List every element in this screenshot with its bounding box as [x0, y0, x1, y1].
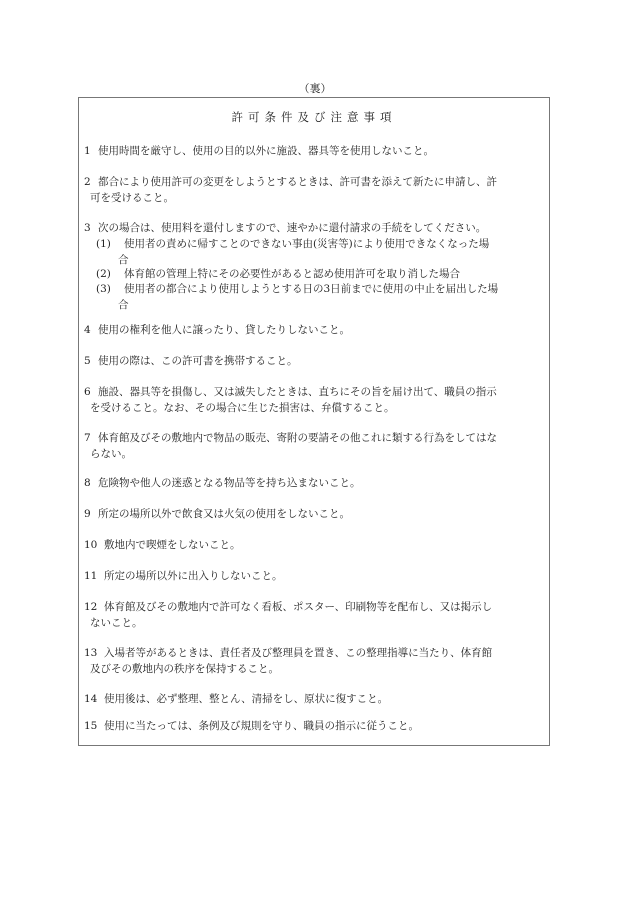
condition-item-2: 2都合により使用許可の変更をしようとするときは、許可書を添えて新たに申請し、許可…: [84, 175, 546, 206]
condition-item-4: 4使用の権利を他人に譲ったり、貸したりしないこと。: [84, 323, 546, 339]
condition-item-7: 7体育館及びその敷地内で物品の販売、寄附の要請その他これに類する行為をしてはなら…: [84, 431, 546, 462]
condition-item-13: 13入場者等があるときは、責任者及び整理員を置き、この整理指導に当たり、体育館及…: [84, 646, 546, 677]
condition-item-3-sub-3: (3)使用者の都合により使用しようとする日の3日前までに使用の中止を届出した場合: [96, 282, 548, 313]
condition-item-12: 12体育館及びその敷地内で許可なく看板、ポスター、印刷物等を配布し、又は掲示しな…: [84, 600, 546, 631]
document-title: 許可条件及び注意事項: [78, 109, 550, 125]
condition-item-14: 14使用後は、必ず整理、整とん、清掃をし、原状に復すこと。: [84, 692, 546, 708]
condition-item-6: 6施設、器具等を損傷し、又は滅失したときは、直ちにその旨を届け出て、職員の指示を…: [84, 385, 546, 416]
condition-item-15: 15使用に当たっては、条例及び規則を守り、職員の指示に従うこと。: [84, 719, 546, 735]
condition-item-3-sub-2: (2)体育館の管理上特にその必要性があると認め使用許可を取り消した場合: [96, 267, 548, 283]
condition-item-3: 3次の場合は、使用料を還付しますので、速やかに還付請求の手続をしてください。: [84, 221, 546, 237]
condition-item-3-sub-1: (1)使用者の責めに帰すことのできない事由(災害等)により使用できなくなった場合: [96, 237, 548, 268]
condition-item-5: 5使用の際は、この許可書を携帯すること。: [84, 354, 546, 370]
condition-item-9: 9所定の場所以外で飲食又は火気の使用をしないこと。: [84, 507, 546, 523]
condition-item-8: 8危険物や他人の迷惑となる物品等を持ち込まないこと。: [84, 476, 546, 492]
condition-item-1: 1使用時間を厳守し、使用の目的以外に施設、器具等を使用しないこと。: [84, 144, 546, 160]
condition-item-10: 10敷地内で喫煙をしないこと。: [84, 538, 546, 554]
page-side-label: （裏）: [0, 80, 630, 96]
condition-item-11: 11所定の場所以外に出入りしないこと。: [84, 569, 546, 585]
